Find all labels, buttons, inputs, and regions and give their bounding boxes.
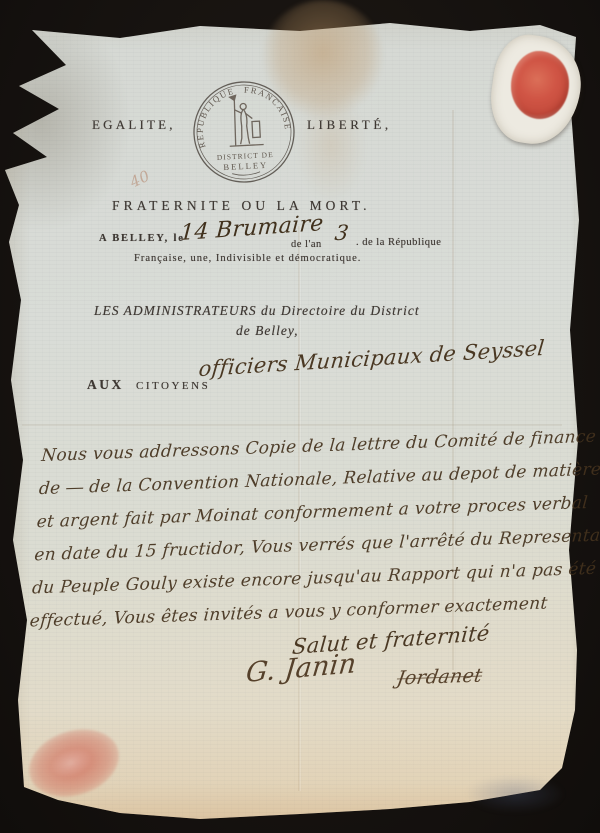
district-seal-icon: REPUBLIQUE FRANCAISE DISTRICT DE BELLEY xyxy=(189,77,298,186)
printed-liberte: LIBERTÉ, xyxy=(307,117,392,133)
handwritten-body: Nous vous addressons Copie de la lettre … xyxy=(28,427,577,644)
liberty-figure-icon xyxy=(227,94,264,146)
printed-dateline-line2: Française, une, Indivisible et démocrati… xyxy=(134,253,361,264)
printed-administrateurs: LES ADMINISTRATEURS du Directoire du Dis… xyxy=(94,303,420,319)
paper-sheet xyxy=(0,0,600,833)
printed-republique-suffix: . de la République xyxy=(356,237,441,248)
printed-de-belley: de Belley, xyxy=(236,323,298,339)
printed-an-label: de l'an xyxy=(291,239,322,250)
svg-text:FRANCAISE: FRANCAISE xyxy=(243,82,293,133)
seal-ring-text-right: FRANCAISE xyxy=(243,82,293,133)
printed-motto: FRATERNITE OU LA MORT. xyxy=(112,198,371,214)
photo-of-document: REPUBLIQUE FRANCAISE DISTRICT DE BELLEY … xyxy=(0,0,600,833)
printed-citoyens: CITOYENS xyxy=(136,380,210,392)
printed-egalite: EGALITE, xyxy=(92,117,176,133)
printed-aux: AUX xyxy=(87,377,124,393)
signature-jordanet: Jordanet xyxy=(395,664,484,689)
printed-place-line: A BELLEY, le xyxy=(99,233,185,244)
seal-belley-line: BELLEY xyxy=(223,160,268,172)
